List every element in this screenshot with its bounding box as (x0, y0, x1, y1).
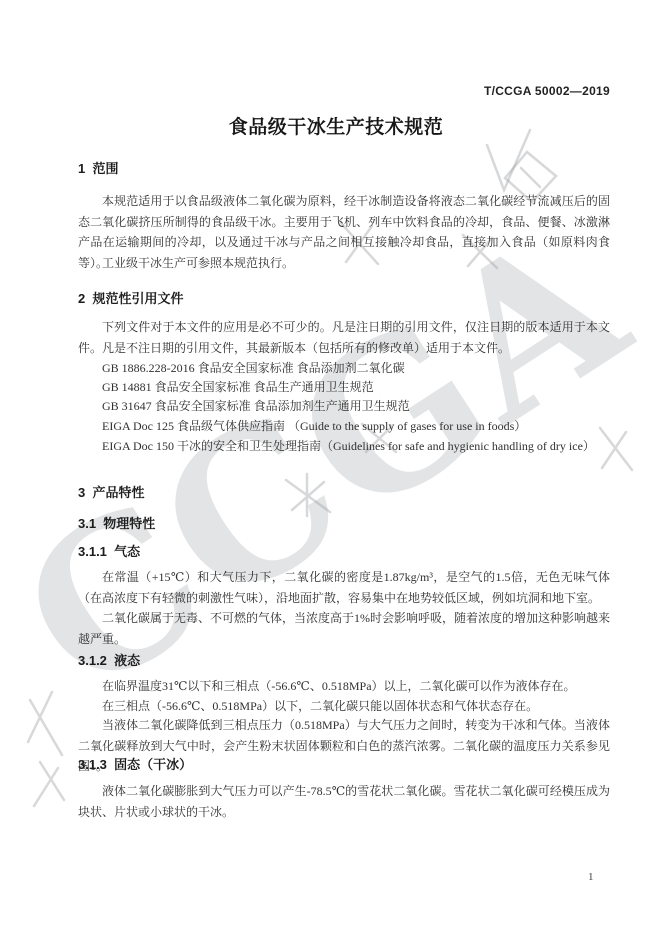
section-3-1-heading: 3.1 物理特性 (78, 513, 610, 532)
section-1-paragraph-2: 工业级干冰生产可参照本规范执行。 (78, 253, 610, 274)
page-number: 1 (588, 871, 594, 883)
reference-item: GB 31647 食品安全国家标准 食品添加剂生产通用卫生规范 (78, 397, 610, 417)
section-3-1-3-heading: 3.1.3 固态（干冰） (78, 754, 610, 773)
section-2-intro: 下列文件对于本文件的应用是必不可少的。凡是注日期的引用文件，仅注日期的版本适用于… (78, 317, 610, 358)
doc-number: T/CCGA 50002—2019 (484, 84, 610, 98)
section-3-1-1-paragraph-1: 在常温（+15℃）和大气压力下，二氧化碳的密度是1.87kg/m³，是空气的1.… (78, 567, 610, 608)
page-content: T/CCGA 50002—2019 食品级干冰生产技术规范 1 范围 本规范适用… (0, 0, 672, 950)
reference-item: GB 14881 食品安全国家标准 食品生产通用卫生规范 (78, 378, 610, 398)
section-3-1-1-paragraph-2: 二氧化碳属于无毒、不可燃的气体，当浓度高于1%时会影响呼吸，随着浓度的增加这种影… (78, 608, 610, 649)
reference-item: EIGA Doc 150 干冰的安全和卫生处理指南（Guidelines for… (78, 437, 610, 457)
section-3-heading: 3 产品特性 (78, 482, 610, 501)
section-3-1-1-heading: 3.1.1 气态 (78, 541, 610, 560)
section-1-heading: 1 范围 (78, 158, 610, 177)
page-title: 食品级干冰生产技术规范 (0, 112, 672, 139)
document-page: CCGA T/CCGA 50002—2019 食品级干冰生产技术规范 1 范围 … (0, 0, 672, 950)
section-3-1-2-paragraph-1: 在临界温度31℃以下和三相点（-56.6℃、0.518MPa）以上，二氧化碳可以… (78, 676, 610, 697)
section-3-1-2-paragraph-2: 在三相点（-56.6℃、0.518MPa）以下，二氧化碳只能以固体状态和气体状态… (78, 696, 610, 717)
section-2-heading: 2 规范性引用文件 (78, 288, 610, 307)
section-3-1-2-heading: 3.1.2 液态 (78, 650, 610, 669)
section-3-1-3-paragraph-1: 液体二氧化碳膨胀到大气压力可以产生-78.5℃的雪花状二氧化碳。雪花状二氧化碳可… (78, 781, 610, 822)
reference-item: EIGA Doc 125 食品级气体供应指南 （Guide to the sup… (78, 417, 610, 437)
reference-item: GB 1886.228-2016 食品安全国家标准 食品添加剂二氧化碳 (78, 359, 610, 379)
